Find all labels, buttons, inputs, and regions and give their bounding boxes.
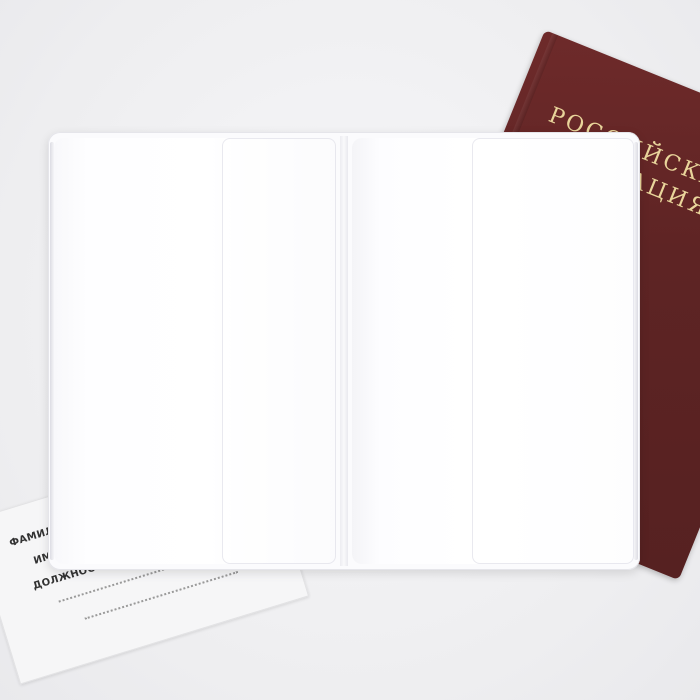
cover-page-right bbox=[352, 138, 634, 564]
cover-spine bbox=[340, 136, 348, 566]
cover-pocket-left bbox=[222, 138, 336, 564]
product-photo-scene: РОССИЙСКАЯ ФЕДЕРАЦИЯ ♛ ФАМИЛИЯ ...... ИМ… bbox=[0, 0, 700, 700]
cover-pocket-right bbox=[472, 138, 634, 564]
passport-cover bbox=[48, 132, 640, 570]
cover-page-left bbox=[54, 138, 336, 564]
cover-edge-right bbox=[634, 142, 638, 560]
card-dotted-line bbox=[85, 571, 239, 620]
